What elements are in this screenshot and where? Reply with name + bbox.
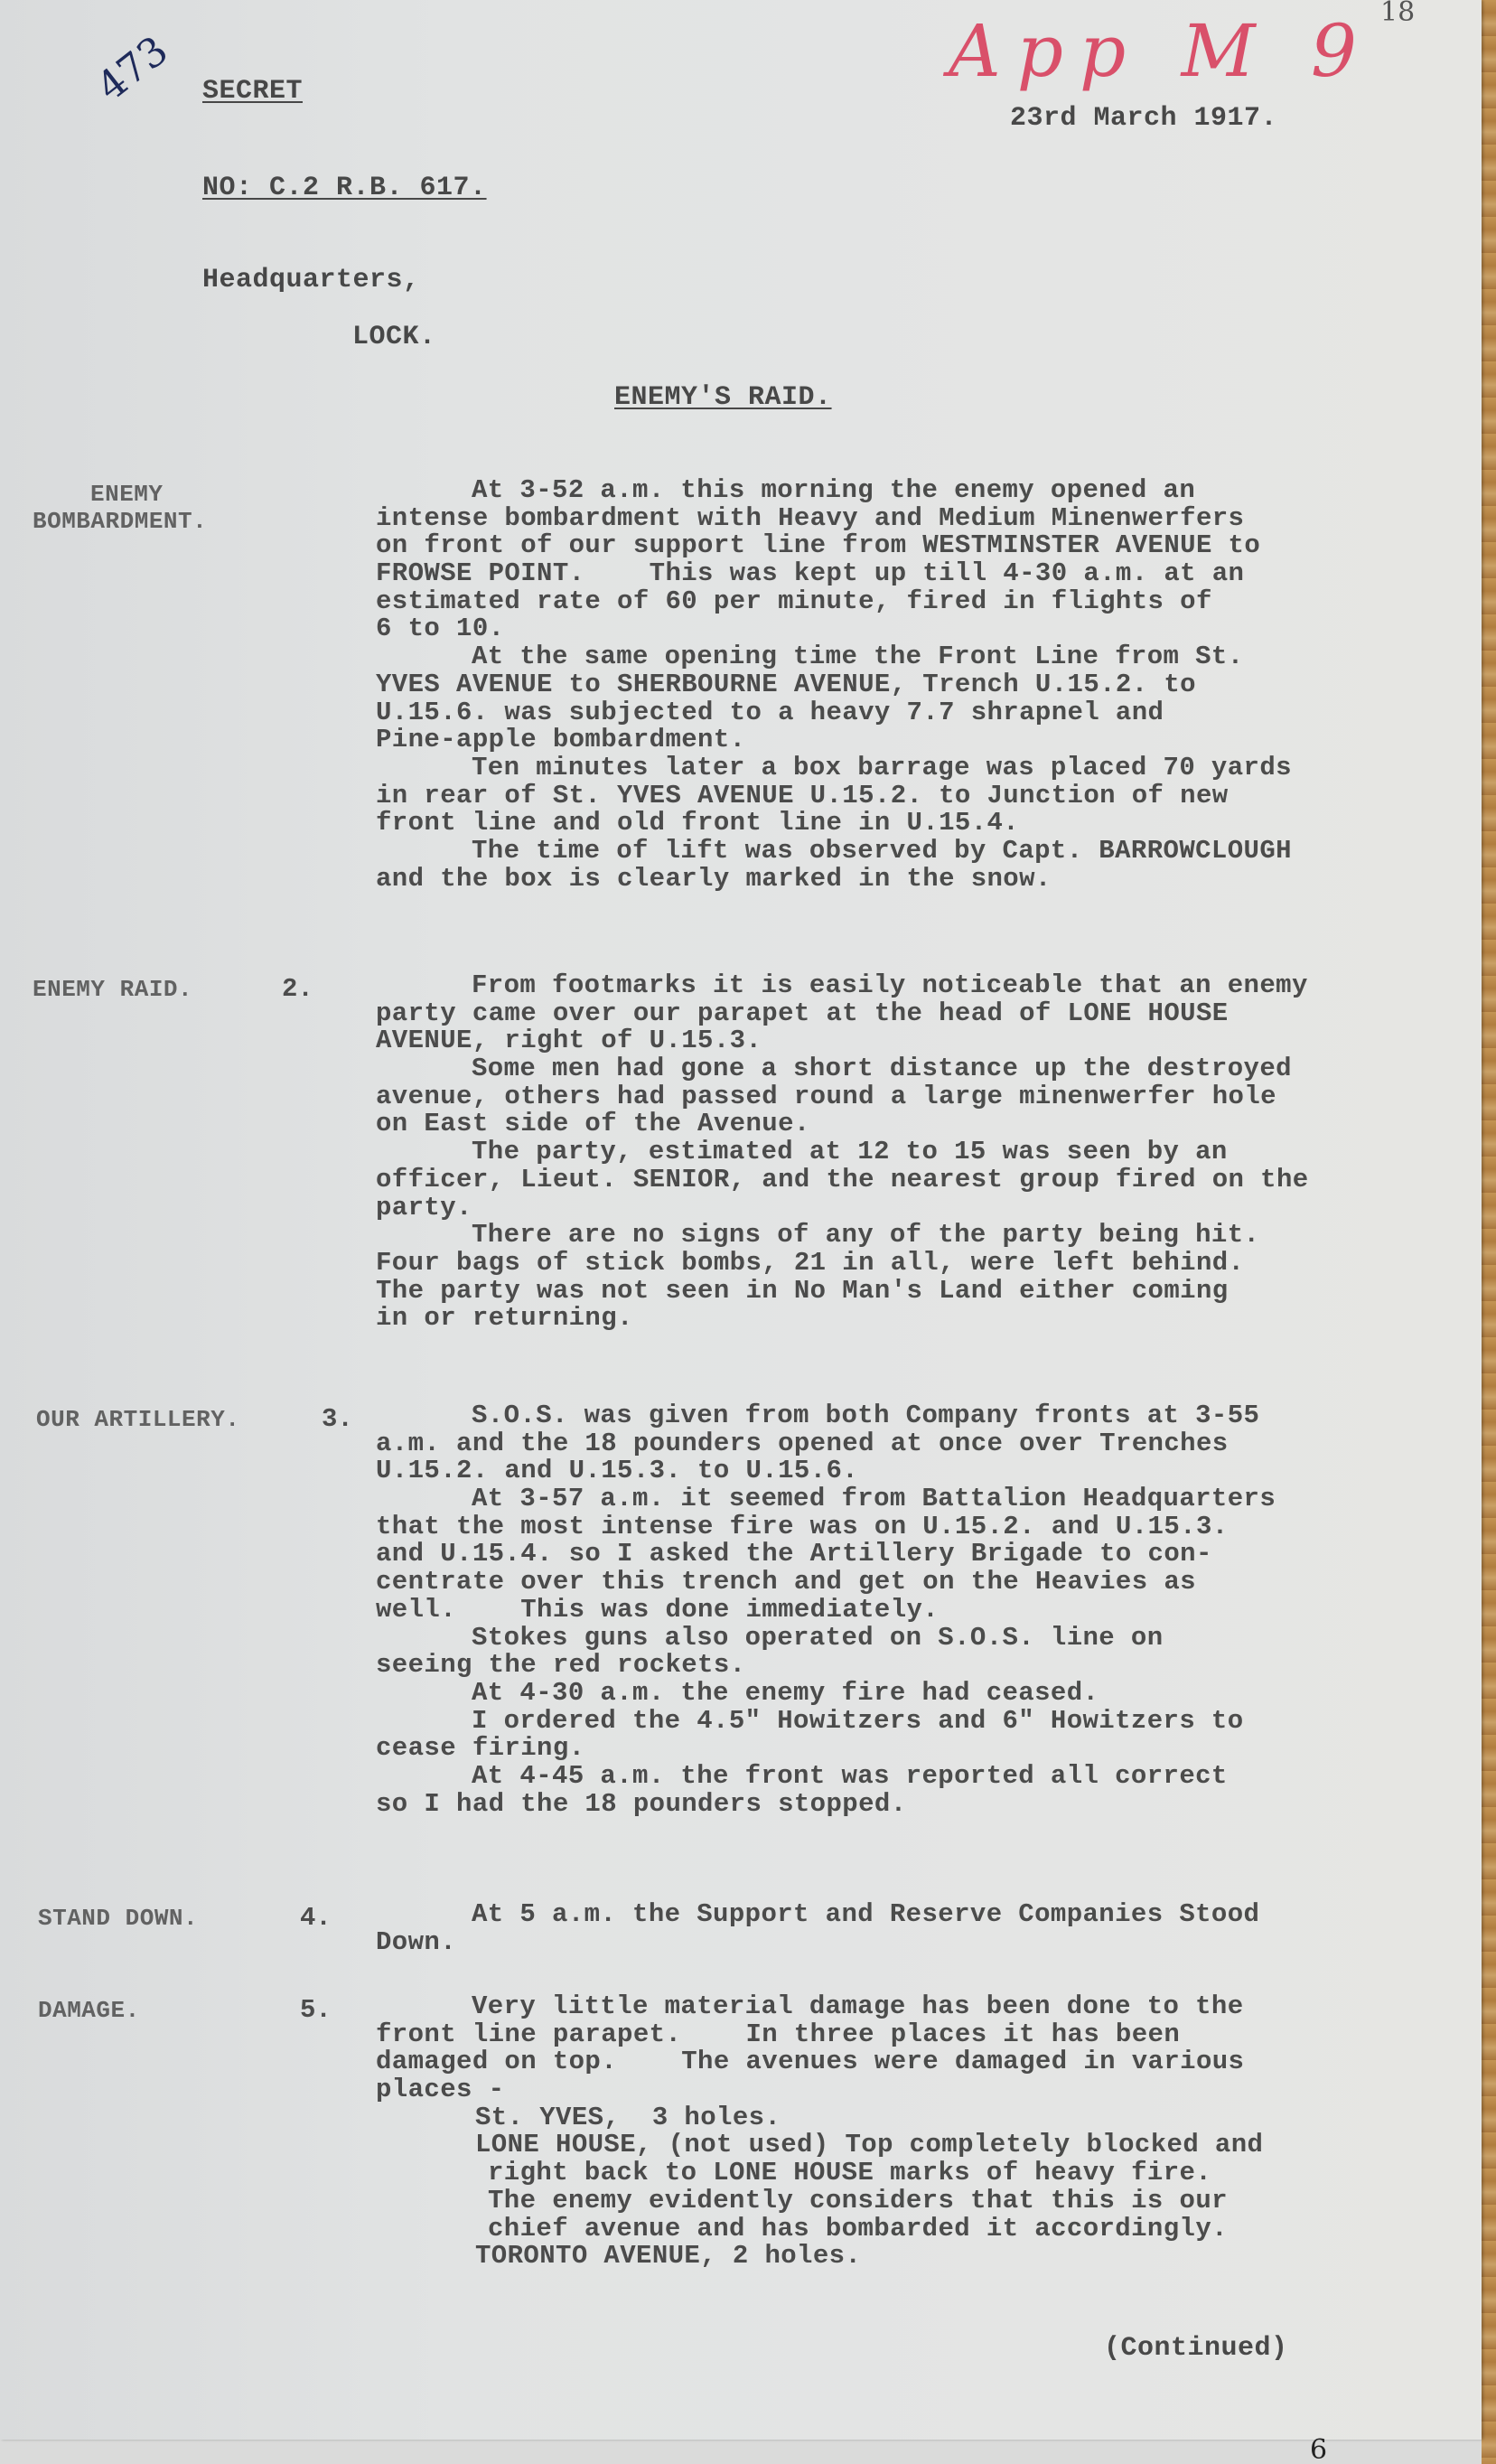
text-line: U.15.2. and U.15.3. to U.15.6. <box>376 1457 1487 1485</box>
text-line: officer, Lieut. SENIOR, and the nearest … <box>376 1166 1487 1195</box>
section-4-number: 4. <box>300 1903 332 1933</box>
section-2-body: From footmarks it is easily noticeable t… <box>376 972 1487 1333</box>
text-line: centrate over this trench and get on the… <box>376 1569 1487 1597</box>
classification-secret: SECRET <box>202 78 303 105</box>
text-line: and the box is clearly marked in the sno… <box>376 866 1487 894</box>
appendix-mark-red: App M 9 <box>949 9 1373 93</box>
section-3-body: S.O.S. was given from both Company front… <box>376 1402 1487 1818</box>
text-line: so I had the 18 pounders stopped. <box>376 1791 1487 1819</box>
text-line: Some men had gone a short distance up th… <box>376 1055 1487 1083</box>
text-line: From footmarks it is easily noticeable t… <box>376 972 1487 1000</box>
addressee-lock: LOCK. <box>352 323 436 351</box>
text-line: and U.15.4. so I asked the Artillery Bri… <box>376 1541 1487 1569</box>
text-line: AVENUE, right of U.15.3. <box>376 1027 1487 1055</box>
text-line: YVES AVENUE to SHERBOURNE AVENUE, Trench… <box>376 671 1487 699</box>
text-line: in or returning. <box>376 1305 1487 1333</box>
section-2-number: 2. <box>282 974 313 1004</box>
underlying-page-mark: 6 <box>1310 2434 1327 2464</box>
text-line: S.O.S. was given from both Company front… <box>376 1402 1487 1430</box>
text-line: damaged on top. The avenues were damaged… <box>376 2048 1487 2076</box>
text-line: U.15.6. was subjected to a heavy 7.7 shr… <box>376 699 1487 727</box>
text-line: intense bombardment with Heavy and Mediu… <box>376 505 1487 533</box>
section-4-body: At 5 a.m. the Support and Reserve Compan… <box>376 1901 1487 1956</box>
damage-list-item: St. YVES, 3 holes. <box>376 2104 1487 2132</box>
continued-note: (Continued) <box>1104 2335 1288 2362</box>
damage-list-item: chief avenue and has bombarded it accord… <box>376 2216 1487 2244</box>
text-line: Stokes guns also operated on S.O.S. line… <box>376 1625 1487 1653</box>
text-line: Very little material damage has been don… <box>376 1993 1487 2021</box>
text-line: Ten minutes later a box barrage was plac… <box>376 754 1487 782</box>
document-date: 23rd March 1917. <box>1010 105 1277 132</box>
text-line: Pine-apple bombardment. <box>376 726 1487 754</box>
section-5-number: 5. <box>300 1995 332 2025</box>
document-page: 473 App M 9 18 SECRET 23rd March 1917. N… <box>0 0 1482 2440</box>
section-5-body: Very little material damage has been don… <box>376 1993 1487 2271</box>
document-title: ENEMY'S RAID. <box>614 384 832 411</box>
text-line: The party was not seen in No Man's Land … <box>376 1278 1487 1306</box>
text-line: on front of our support line from WESTMI… <box>376 532 1487 560</box>
damage-list-item: LONE HOUSE, (not used) Top completely bl… <box>376 2131 1487 2160</box>
section-1-label-line1: ENEMY <box>90 481 164 508</box>
addressee-headquarters: Headquarters, <box>202 267 420 294</box>
text-line: At 4-30 a.m. the enemy fire had ceased. <box>376 1680 1487 1708</box>
text-line: The time of lift was observed by Capt. B… <box>376 838 1487 866</box>
text-line: party. <box>376 1195 1487 1223</box>
text-line: At 4-45 a.m. the front was reported all … <box>376 1763 1487 1791</box>
page-number: 18 <box>1380 0 1415 28</box>
section-5-label: DAMAGE. <box>38 1997 140 2024</box>
text-line: Down. <box>376 1929 1487 1957</box>
section-2-label: ENEMY RAID. <box>33 976 192 1003</box>
section-3-number: 3. <box>322 1404 353 1434</box>
text-line: cease firing. <box>376 1735 1487 1763</box>
text-line: 6 to 10. <box>376 615 1487 643</box>
text-line: At 5 a.m. the Support and Reserve Compan… <box>376 1901 1487 1929</box>
text-line: I ordered the 4.5" Howitzers and 6" Howi… <box>376 1708 1487 1736</box>
text-line: At the same opening time the Front Line … <box>376 643 1487 671</box>
section-1-label-line2: BOMBARDMENT. <box>33 508 207 535</box>
text-line: avenue, others had passed round a large … <box>376 1083 1487 1111</box>
text-line: estimated rate of 60 per minute, fired i… <box>376 588 1487 616</box>
text-line: Four bags of stick bombs, 21 in all, wer… <box>376 1250 1487 1278</box>
text-line: in rear of St. YVES AVENUE U.15.2. to Ju… <box>376 782 1487 810</box>
text-line: party came over our parapet at the head … <box>376 1000 1487 1028</box>
text-line: that the most intense fire was on U.15.2… <box>376 1513 1487 1541</box>
text-line: At 3-52 a.m. this morning the enemy open… <box>376 477 1487 505</box>
text-line: FROWSE POINT. This was kept up till 4-30… <box>376 560 1487 588</box>
folio-number-handwritten: 473 <box>89 27 177 110</box>
text-line: The party, estimated at 12 to 15 was see… <box>376 1138 1487 1166</box>
section-1-body: At 3-52 a.m. this morning the enemy open… <box>376 477 1487 893</box>
text-line: front line parapet. In three places it h… <box>376 2021 1487 2049</box>
text-line: on East side of the Avenue. <box>376 1110 1487 1138</box>
section-4-label: STAND DOWN. <box>38 1905 198 1932</box>
reference-number: NO: C.2 R.B. 617. <box>202 174 487 201</box>
damage-list-item: TORONTO AVENUE, 2 holes. <box>376 2243 1487 2271</box>
text-line: well. This was done immediately. <box>376 1597 1487 1625</box>
text-line: places - <box>376 2076 1487 2104</box>
text-line: seeing the red rockets. <box>376 1652 1487 1680</box>
text-line: At 3-57 a.m. it seemed from Battalion He… <box>376 1485 1487 1513</box>
text-line: front line and old front line in U.15.4. <box>376 810 1487 838</box>
text-line: a.m. and the 18 pounders opened at once … <box>376 1430 1487 1458</box>
text-line: There are no signs of any of the party b… <box>376 1222 1487 1250</box>
damage-list-item: right back to LONE HOUSE marks of heavy … <box>376 2160 1487 2188</box>
section-3-label: OUR ARTILLERY. <box>36 1406 239 1433</box>
damage-list-item: The enemy evidently considers that this … <box>376 2188 1487 2216</box>
